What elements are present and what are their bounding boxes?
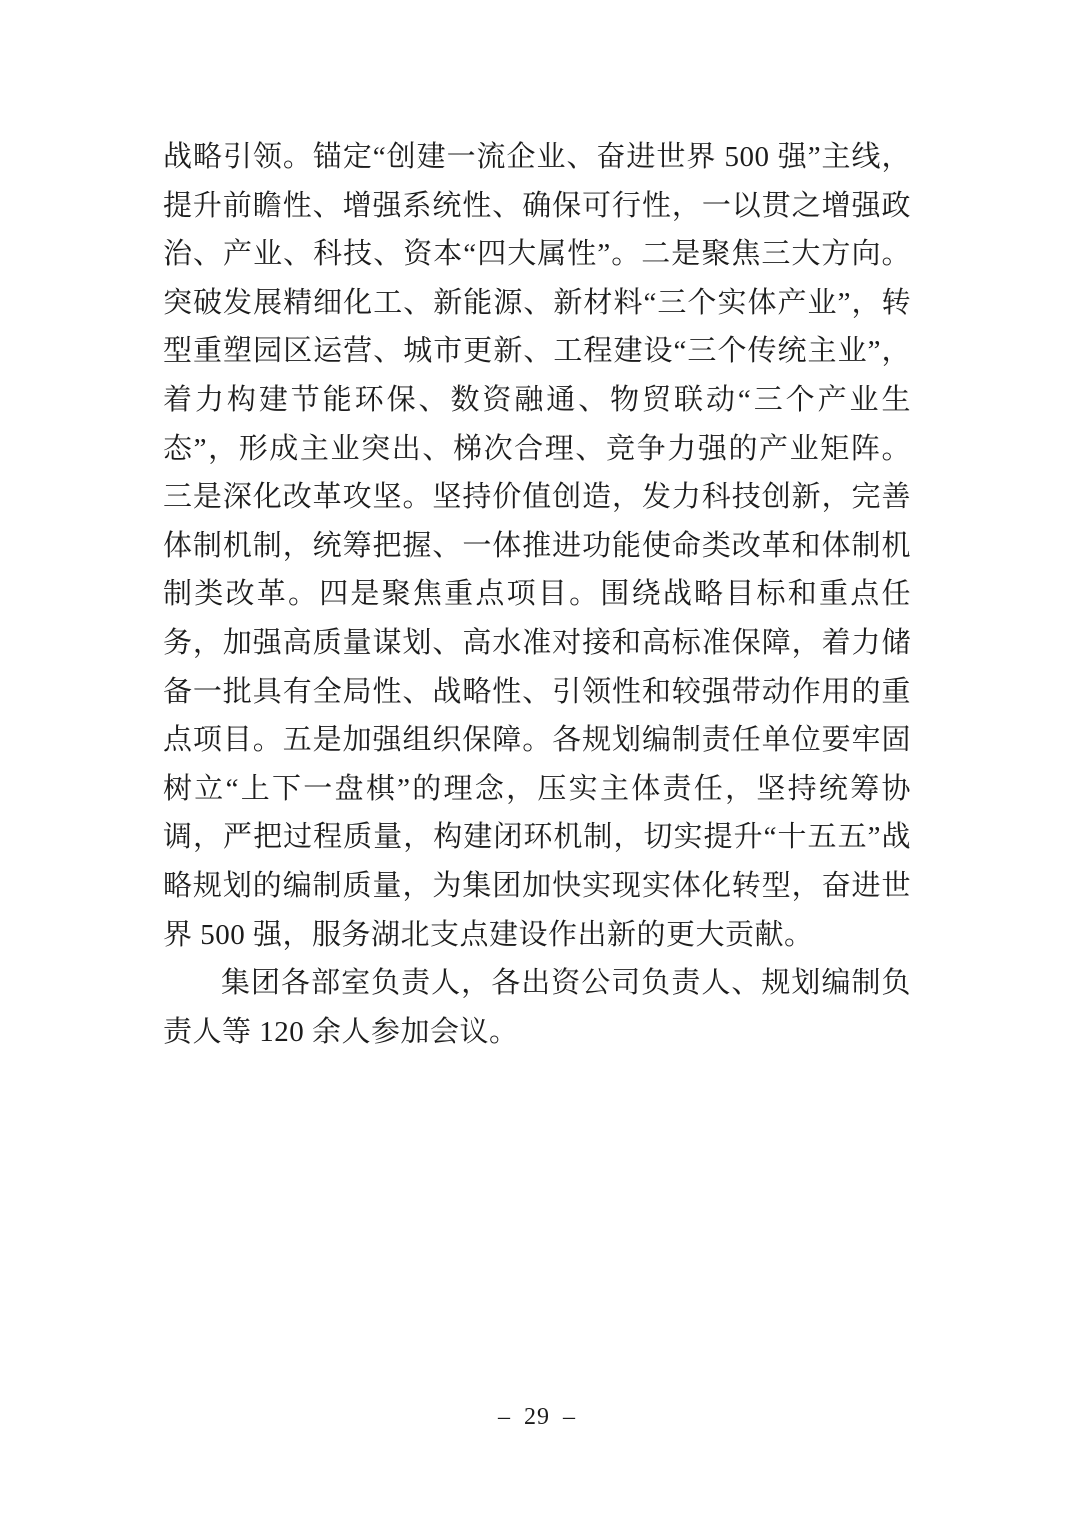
paragraph-attendees: 集团各部室负责人，各出资公司负责人、规划编制负责人等 120 余人参加会议。	[163, 959, 911, 1056]
page-number: – 29 –	[0, 1404, 1074, 1431]
document-body: 战略引领。锚定“创建一流企业、奋进世界 500 强”主线，提升前瞻性、增强系统性…	[163, 133, 911, 1056]
paragraph-strategy-continuation: 战略引领。锚定“创建一流企业、奋进世界 500 强”主线，提升前瞻性、增强系统性…	[163, 133, 911, 959]
document-page: 战略引领。锚定“创建一流企业、奋进世界 500 强”主线，提升前瞻性、增强系统性…	[0, 0, 1074, 1520]
